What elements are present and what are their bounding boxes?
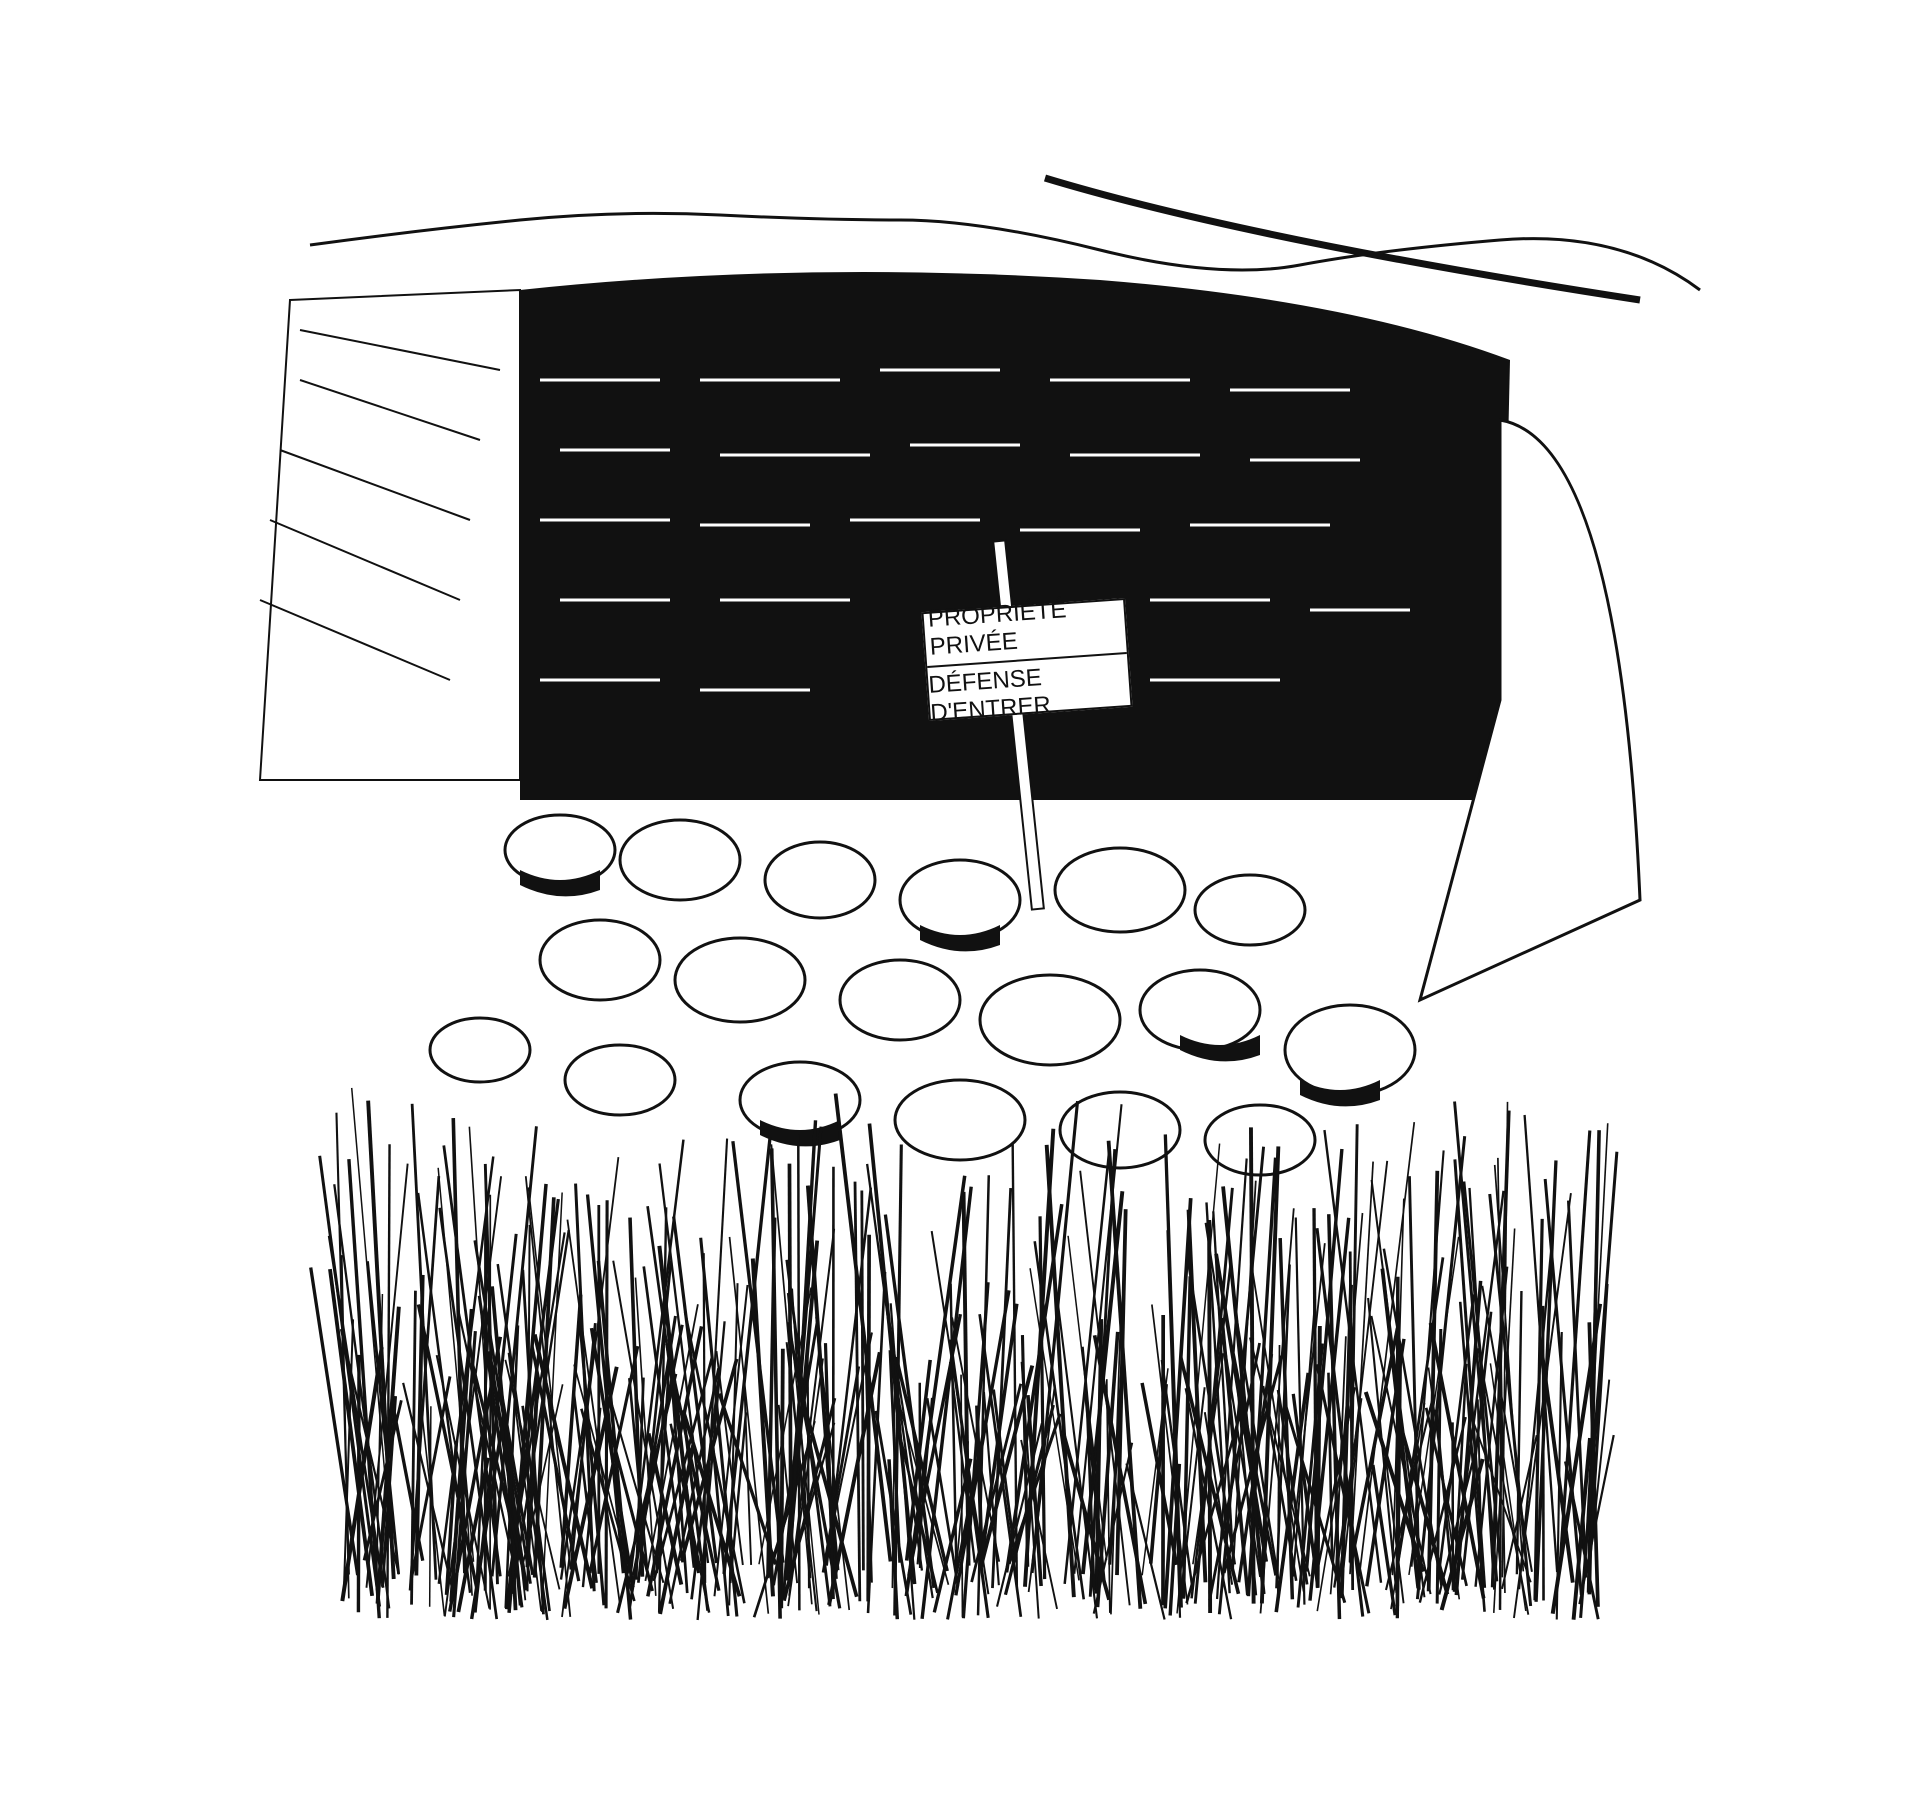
warning-sign: PROPRIÉTÉ PRIVÉE DÉFENSE D'ENTRER [921,598,1132,721]
ink-drawing: PROPRIÉTÉ PRIVÉE DÉFENSE D'ENTRER [0,0,1920,1816]
drawing-art [0,0,1920,1816]
